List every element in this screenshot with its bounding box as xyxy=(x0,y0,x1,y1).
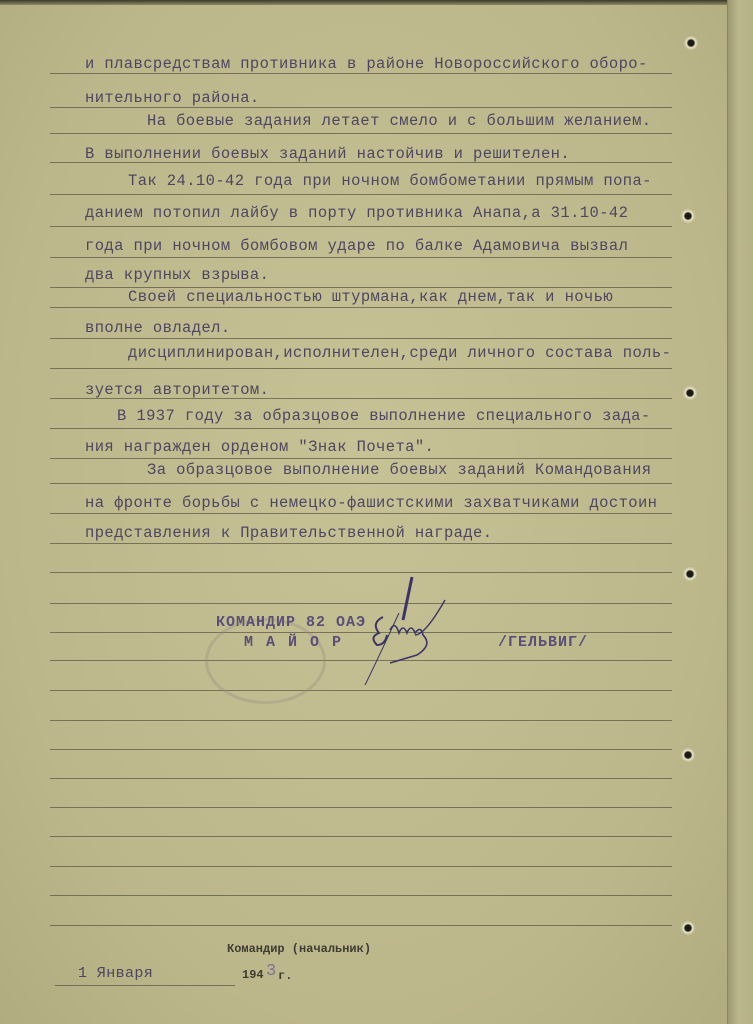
signatory-rank: М А Й О Р xyxy=(244,634,343,651)
punch-hole xyxy=(683,386,697,400)
body-line: На боевые задания летает смело и с больш… xyxy=(147,112,651,130)
body-line: дисциплинирован,исполнителен,среди лично… xyxy=(128,344,671,362)
punch-hole xyxy=(681,921,695,935)
page-right-margin-strip xyxy=(727,0,753,1024)
ruled-line xyxy=(50,836,672,837)
ruled-line xyxy=(50,458,672,459)
punch-hole xyxy=(681,209,695,223)
date-underline xyxy=(55,985,235,986)
ruled-line xyxy=(50,925,672,926)
ruled-line xyxy=(50,778,672,779)
ruled-line xyxy=(50,749,672,750)
ruled-line xyxy=(50,483,672,484)
ruled-line xyxy=(50,107,672,108)
signatory-title: КОМАНДИР 82 ОАЭ xyxy=(216,614,366,631)
ruled-line xyxy=(50,307,672,308)
punch-hole xyxy=(683,567,697,581)
body-line: ния награжден орденом "Знак Почета". xyxy=(85,438,434,456)
ruled-line xyxy=(50,194,672,195)
ruled-line xyxy=(50,226,672,227)
body-line: два крупных взрыва. xyxy=(85,266,269,284)
ruled-line xyxy=(50,73,672,74)
ruled-line xyxy=(50,513,672,514)
ruled-line xyxy=(50,866,672,867)
ruled-line xyxy=(50,257,672,258)
body-line: на фронте борьбы с немецко-фашистскими з… xyxy=(85,494,657,512)
ruled-line xyxy=(50,133,672,134)
ruled-line xyxy=(50,368,672,369)
body-line: В выполнении боевых заданий настойчив и … xyxy=(85,145,570,163)
ruled-line xyxy=(50,807,672,808)
body-line: нительного района. xyxy=(85,89,260,107)
body-line: Своей специальностью штурмана,как днем,т… xyxy=(128,288,613,306)
body-line: и плавсредствам противника в районе Ново… xyxy=(85,55,648,73)
punch-hole xyxy=(681,748,695,762)
ruled-line xyxy=(50,543,672,544)
footer-date: 1 Января xyxy=(78,965,153,982)
body-line: года при ночном бомбовом ударе по балке … xyxy=(85,237,628,255)
body-line: Так 24.10-42 года при ночном бомбометани… xyxy=(128,172,652,190)
ruled-line xyxy=(50,428,672,429)
handwritten-signature xyxy=(355,575,465,695)
page-top-edge xyxy=(0,0,753,5)
footer-year-prefix: 194 xyxy=(242,968,264,982)
body-line: данием потопил лайбу в порту противника … xyxy=(85,204,628,222)
body-line: зуется авторитетом. xyxy=(85,381,269,399)
ruled-line xyxy=(50,338,672,339)
body-line: За образцовое выполнение боевых заданий … xyxy=(147,461,651,479)
body-line: представления к Правительственной наград… xyxy=(85,524,492,542)
footer-year-unit: г. xyxy=(278,969,292,983)
ruled-line xyxy=(50,572,672,573)
ruled-line xyxy=(50,720,672,721)
footer-commander-label: Командир (начальник) xyxy=(227,942,371,956)
ruled-line xyxy=(50,895,672,896)
footer-year-suffix: 3 xyxy=(266,962,277,981)
signatory-name: /ГЕЛЬВИГ/ xyxy=(498,634,588,651)
body-line: вполне овладел. xyxy=(85,319,231,337)
body-line: В 1937 году за образцовое выполнение спе… xyxy=(117,407,651,425)
punch-hole xyxy=(684,36,698,50)
